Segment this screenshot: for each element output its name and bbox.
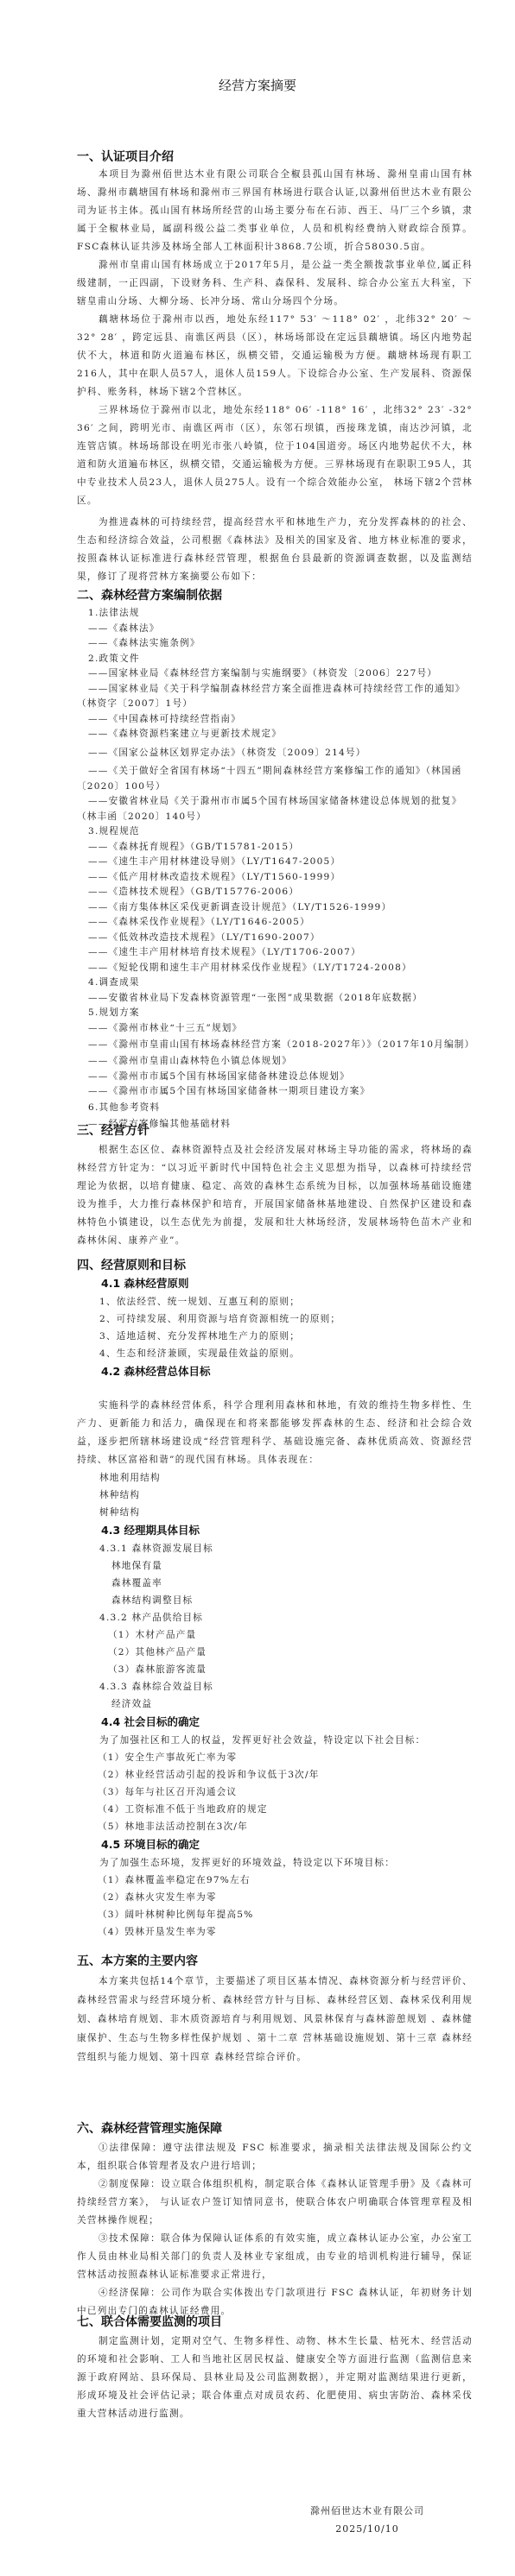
list-item: （2）林业经营活动引起的投诉和争议低于3次/年 bbox=[77, 1766, 473, 1784]
list-item: 树种结构 bbox=[77, 1504, 473, 1521]
intro-text: 为了加强生态环境，发挥更好的环境效益，特设定以下环境目标： bbox=[77, 1854, 473, 1872]
list-item: （3）阔叶林树种比例每年提高5% bbox=[77, 1906, 473, 1923]
section-2: 二、森林经营方案编制依据 1.法律法规 ——《森林法》 ——《森林法实施条例》 … bbox=[77, 587, 473, 1133]
list-item: ——《关于做好全省国有林场“十四五”期间森林经营方案修编工作的通知》（林国函〔2… bbox=[77, 764, 473, 794]
section-7: 七、联合体需要监测的项目 制定监测计划，定期对空气、生物多样性、动物、林木生长量… bbox=[77, 2314, 473, 2423]
section-heading: 四、经营原则和目标 bbox=[77, 1257, 473, 1274]
paragraph: 制定监测计划，定期对空气、生物多样性、动物、林木生长量、枯死木、经营活动的环境和… bbox=[77, 2333, 473, 2423]
section-6: 六、森林经营管理实施保障 ①法律保障：遵守法律法规及 FSC 标准要求，摘录相关… bbox=[77, 2120, 473, 2320]
list-item: 3、适地适树、充分发挥林地生产力的原则； bbox=[77, 1328, 473, 1345]
list-item: ——《滁州市市属5个国有林场国家储备林建设总体规划》 bbox=[77, 1070, 473, 1085]
list-item: ——《森林抚育规程》（GB/T15781-2015） bbox=[77, 840, 473, 856]
group-label: 4.3.3 森林综合效益目标 bbox=[77, 1678, 473, 1695]
list-item: ——《低效林改造技术规程》（LY/T1690-2007） bbox=[77, 931, 473, 946]
section-4: 四、经营原则和目标 4.1 森林经营原则 1、依法经营、统一规划、互惠互利的原则… bbox=[77, 1257, 473, 1941]
list-item: ——安徽省林业局下发森林资源管理“一张图”成果数据（2018年底数据） bbox=[77, 991, 473, 1007]
paragraph: 根据生态区位、森林资源特点及社会经济发展对林场主导功能的需求，将林场的森林经营方… bbox=[77, 1141, 473, 1250]
group-label: 5.规划方案 bbox=[77, 1006, 473, 1021]
list-item: ——《南方集体林区采伐更新调查设计规范》（LY/T1526-1999） bbox=[77, 900, 473, 916]
list-item: （1）安全生产事故死亡率为零 bbox=[77, 1749, 473, 1766]
list-item: （2）森林火灾发生率为零 bbox=[77, 1889, 473, 1906]
paragraph: ②制度保障：设立联合体组织机构，制定联合体《森林认证管理手册》及《森林可持续经营… bbox=[77, 2175, 473, 2230]
list-item: ——安徽省林业局《关于滁州市市属5个国有林场国家储备林建设总体规划的批复》（林丰… bbox=[77, 794, 473, 824]
list-item: ——《中国森林可持续经营指南》 bbox=[77, 712, 473, 728]
paragraph: 三界林场位于滁州市以北，地处东经118° 06′ -118° 16′ ，北纬32… bbox=[77, 401, 473, 510]
list-item: ——《滁州市皇甫山国有林场森林经营方案（2018-2027年）》（2017年10… bbox=[77, 1036, 473, 1054]
group-label: 1.法律法规 bbox=[77, 606, 473, 622]
list-item: 2、可持续发展、利用资源与培育资源相统一的原则； bbox=[77, 1310, 473, 1328]
list-item: ——《滁州市皇甫山森林特色小镇总体规划》 bbox=[77, 1054, 473, 1070]
list-item: ——《短轮伐期和速生丰产用材林采伐作业规程》（LY/T1724-2008） bbox=[77, 961, 473, 976]
section-heading: 七、联合体需要监测的项目 bbox=[77, 2314, 473, 2331]
list-item: （2）其他林产品产量 bbox=[77, 1644, 473, 1661]
list-item: ——国家林业局《森林经营方案编制与实施纲要》（林资发〔2006〕227号） bbox=[77, 666, 473, 682]
paragraph: 滁州市皇甫山国有林场成立于2017年5月，是公益一类全额拨款事业单位,属正科级建… bbox=[77, 256, 473, 311]
subsection-heading: 4.3 经理期具体目标 bbox=[101, 1521, 473, 1540]
paragraph: 为推进森林的可持续经营，提高经营水平和林地生产力，充分发挥森林的的社会、生态和经… bbox=[77, 514, 473, 586]
list-item: ——《滁州市市属5个国有林场国家储备林一期项目建设方案》 bbox=[77, 1084, 473, 1100]
section-heading: 二、森林经营方案编制依据 bbox=[77, 587, 473, 604]
signature-company: 滁州佰世达木业有限公司 bbox=[302, 2502, 432, 2520]
group-label: 3.规程规范 bbox=[77, 824, 473, 840]
paragraph: ③技术保障：联合体为保障认证体系的有效实施，成立森林认证办公室，办公室工作人员由… bbox=[77, 2230, 473, 2284]
subsection-heading: 4.5 环境目标的确定 bbox=[101, 1835, 473, 1854]
list-item: （1）木材产品产量 bbox=[77, 1626, 473, 1644]
list-item: ——《森林法》 bbox=[77, 622, 473, 637]
list-item: 4、生态和经济兼顾，实现最佳效益的原则。 bbox=[77, 1345, 473, 1362]
section-heading: 五、本方案的主要内容 bbox=[77, 1953, 473, 1970]
signature-block: 滁州佰世达木业有限公司 2025/10/10 bbox=[302, 2502, 432, 2538]
paragraph: 藕塘林场位于滁州市以西，地处东经117° 53′ ～118° 02′ ，北纬32… bbox=[77, 311, 473, 401]
intro-text: 为了加强社区和工人的权益，发挥更好社会效益，特设定以下社会目标： bbox=[77, 1732, 473, 1749]
list-item: （4）毁林开垦发生率为零 bbox=[77, 1923, 473, 1941]
list-item: 经济效益 bbox=[77, 1695, 473, 1713]
group-label: 2.政策文件 bbox=[77, 652, 473, 667]
list-item: ——《速生丰产用材林培育技术规程》（LY/T1706-2007） bbox=[77, 945, 473, 961]
list-item: 森林结构调整目标 bbox=[77, 1592, 473, 1609]
paragraph: 实施科学的森林经营体系，科学合理利用森林和林地，有效的维持生物多样性、生产力、更… bbox=[77, 1397, 473, 1469]
section-3: 三、经营方针 根据生态区位、森林资源特点及社会经济发展对林场主导功能的需求，将林… bbox=[77, 1122, 473, 1250]
paragraph: 本项目为滁州佰世达木业有限公司联合全椒县孤山国有林场、滁州皇甫山国有林场、滁州市… bbox=[77, 166, 473, 256]
list-item: ——《森林法实施条例》 bbox=[77, 636, 473, 652]
list-item: （4）工资标准不低于当地政府的规定 bbox=[77, 1801, 473, 1818]
list-item: ——国家林业局《关于科学编制森林经营方案全面推进森林可持续经营工作的通知》（林资… bbox=[77, 682, 473, 712]
group-label: 6.其他参考资料 bbox=[77, 1100, 473, 1116]
group-label: 4.3.2 林产品供给目标 bbox=[77, 1609, 473, 1626]
subsection-heading: 4.2 森林经营总体目标 bbox=[101, 1362, 473, 1381]
list-item: （5）林地非法活动控制在3次/年 bbox=[77, 1818, 473, 1835]
list-item: （3）森林旅游客流量 bbox=[77, 1661, 473, 1678]
list-item: ——《滁州市林业“十三五”规划》 bbox=[77, 1021, 473, 1037]
section-heading: 一、认证项目介绍 bbox=[77, 148, 473, 166]
paragraph: ①法律保障：遵守法律法规及 FSC 标准要求，摘录相关法律法规及国际公约文本，组… bbox=[77, 2139, 473, 2175]
list-item: （1）森林覆盖率稳定在97%左右 bbox=[77, 1872, 473, 1889]
paragraph: 本方案共包括14个章节，主要描述了项目区基本情况、森林资源分析与经营评价、森林经… bbox=[77, 1972, 473, 2067]
list-item: 林地保有量 bbox=[77, 1557, 473, 1575]
page-title: 经营方案摘要 bbox=[0, 76, 515, 94]
list-item: ——《国家公益林区划界定办法》（林资发〔2009〕214号） bbox=[77, 746, 473, 761]
list-item: 森林覆盖率 bbox=[77, 1575, 473, 1592]
list-item: ——《森林采伐作业规程》（LY/T1646-2005） bbox=[77, 915, 473, 931]
subsection-heading: 4.1 森林经营原则 bbox=[101, 1274, 473, 1293]
section-heading: 三、经营方针 bbox=[77, 1122, 473, 1140]
list-item: 林地利用结构 bbox=[77, 1469, 473, 1487]
section-5: 五、本方案的主要内容 本方案共包括14个章节，主要描述了项目区基本情况、森林资源… bbox=[77, 1953, 473, 2067]
subsection-heading: 4.4 社会目标的确定 bbox=[101, 1713, 473, 1732]
list-item: （3）每年与社区召开沟通会议 bbox=[77, 1784, 473, 1801]
list-item: ——《造林技术规程》（GB/T15776-2006） bbox=[77, 885, 473, 900]
group-label: 4.3.1 森林资源发展目标 bbox=[77, 1540, 473, 1557]
signature-date: 2025/10/10 bbox=[302, 2520, 432, 2538]
list-item: ——《低产用材林改造技术规程》（LY/T1560-1999） bbox=[77, 870, 473, 886]
list-item: 1、依法经营、统一规划、互惠互利的原则； bbox=[77, 1293, 473, 1310]
section-1: 一、认证项目介绍 本项目为滁州佰世达木业有限公司联合全椒县孤山国有林场、滁州皇甫… bbox=[77, 148, 473, 586]
list-item: 林种结构 bbox=[77, 1487, 473, 1504]
section-heading: 六、森林经营管理实施保障 bbox=[77, 2120, 473, 2137]
group-label: 4.调查成果 bbox=[77, 975, 473, 991]
list-item: ——《森林资源档案建立与更新技术规定》 bbox=[77, 727, 473, 742]
list-item: ——《速生丰产用材林建设导则》（LY/T1647-2005） bbox=[77, 855, 473, 870]
